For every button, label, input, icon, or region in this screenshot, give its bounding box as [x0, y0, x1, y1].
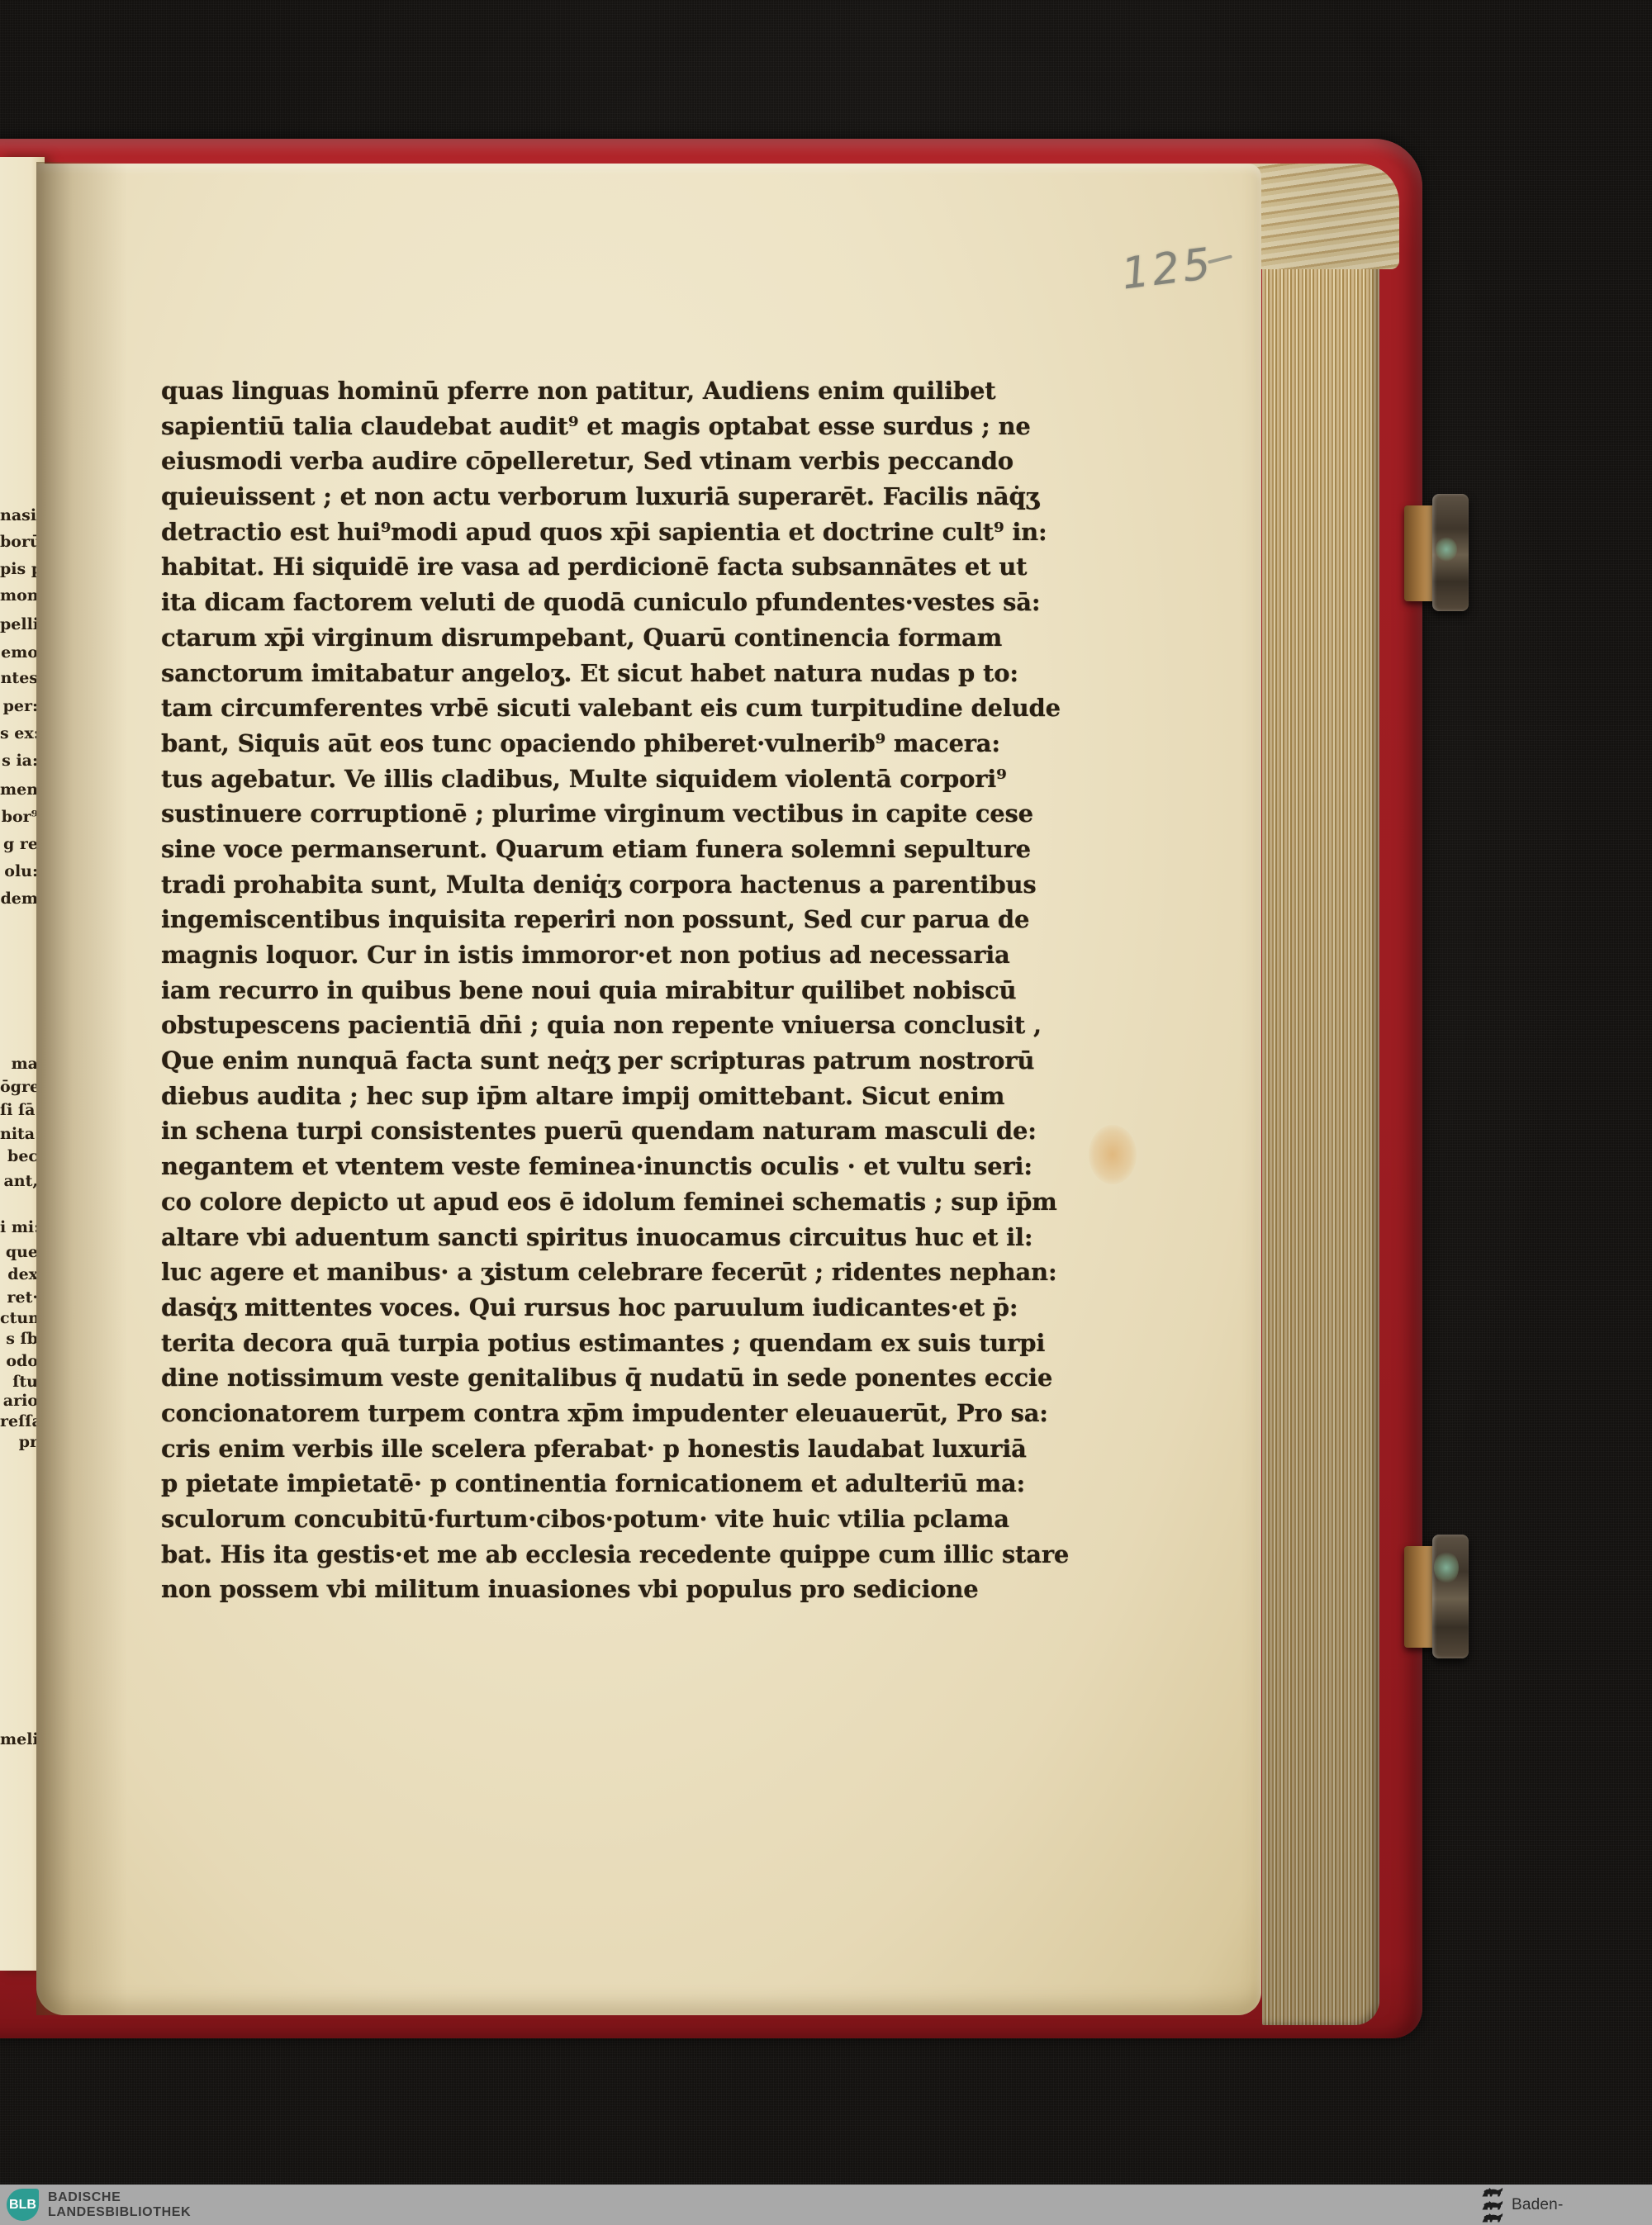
printed-text-line: co colore depicto ut apud eos ē idolum f…: [161, 1184, 946, 1220]
page-text-block: quas linguas hominū pferre non patitur, …: [161, 373, 946, 1607]
bw-wordmark: Baden-Württemberg: [1512, 2185, 1652, 2225]
printed-text-line: iam recurro in quibus bene noui quia mir…: [161, 973, 946, 1008]
strip-text-fragment: ret·: [0, 1289, 38, 1306]
printed-text-line: sustinuere corruptionē ; plurime virginu…: [161, 796, 946, 832]
printed-text-line: ita dicam factorem veluti de quodā cunic…: [161, 585, 946, 620]
printed-text-line: sculorum concubitū·furtum·cibos·potum· v…: [161, 1502, 946, 1537]
strip-text-fragment: emo: [0, 644, 38, 661]
printed-text-line: tradi prohabita sunt, Multa deniq̇ʒ corp…: [161, 867, 946, 903]
strip-text-fragment: dex: [0, 1266, 38, 1283]
verdigris-spot: [1434, 1551, 1459, 1584]
clasp-bottom: [1404, 1535, 1470, 1658]
strip-text-fragment: s ſb: [0, 1331, 38, 1347]
printed-text-line: ctarum xp̄i virginum disrumpebant, Quarū…: [161, 620, 946, 656]
strip-text-fragment: olu:: [0, 863, 38, 880]
strip-text-fragment: ſi ſā:: [0, 1102, 38, 1118]
printed-text-line: non possem vbi militum inuasiones vbi po…: [161, 1572, 946, 1607]
strip-text-fragment: moné: [0, 587, 38, 604]
printed-text-line: sapientiū talia claudebat audit⁹ et magi…: [161, 409, 946, 444]
strip-text-fragment: s ia:: [0, 752, 38, 769]
printed-text-line: bant, Siquis aūt eos tunc opaciendo phib…: [161, 726, 946, 761]
bw-lion-icon: [1480, 2213, 1505, 2223]
strip-text-fragment: ctum: [0, 1310, 38, 1326]
strip-text-fragment: ōgre: [0, 1079, 38, 1095]
printed-text-line: luc agere et manibus· a ʒistum celebrare…: [161, 1255, 946, 1290]
strip-text-fragment: melie: [0, 1731, 38, 1748]
printed-text-line: terita decora quā turpia potius estimant…: [161, 1326, 946, 1361]
printed-text-line: magnis loquor. Cur in istis immoror·et n…: [161, 937, 946, 973]
printed-text-line: quieuissent ; et non actu verborum luxur…: [161, 479, 946, 515]
digitized-book-photo: nasitborūpis pmonépelli:emontesper:s ex:…: [0, 0, 1652, 2225]
printed-text-line: in schena turpi consistentes puerū quend…: [161, 1113, 946, 1149]
fore-edge-page-stack: [1262, 168, 1379, 2025]
printed-text-line: sanctorum imitabatur angeloʒ. Et sicut h…: [161, 656, 946, 691]
printed-text-line: concionatorem turpem contra xp̄m impuden…: [161, 1396, 946, 1431]
strip-text-fragment: pelli:: [0, 616, 38, 633]
strip-text-fragment: dem: [0, 890, 38, 907]
strip-text-fragment: s ex:: [0, 725, 38, 742]
strip-text-fragment: borū: [0, 534, 38, 550]
printed-text-line: negantem et vtentem veste feminea·inunct…: [161, 1149, 946, 1184]
blb-logo-icon: BLB: [7, 2189, 39, 2221]
bw-lion-icon: [1480, 2187, 1505, 2198]
strip-text-fragment: que: [0, 1244, 38, 1260]
viewer-footer-bar: BLB BADISCHE LANDESBIBLIOTHEK Baden-Würt…: [0, 2185, 1652, 2225]
strip-text-fragment: ma: [0, 1056, 38, 1072]
strip-text-fragment: bec: [0, 1148, 38, 1165]
strip-text-fragment: ant,: [0, 1173, 38, 1189]
strip-text-fragment: g re: [0, 836, 38, 852]
strip-text-fragment: men:: [0, 781, 38, 798]
library-name-line1: BADISCHE: [48, 2190, 191, 2205]
printed-text-line: ingemiscentibus inquisita reperiri non p…: [161, 902, 946, 937]
strip-text-fragment: ario: [0, 1392, 38, 1409]
strip-text-fragment: ſtu: [0, 1373, 38, 1390]
verdigris-spot: [1436, 537, 1457, 562]
strip-text-fragment: pr: [0, 1434, 38, 1450]
bw-coat-of-arms-icon: [1480, 2187, 1505, 2223]
printed-text-line: bat. His ita gestis·et me ab ecclesia re…: [161, 1537, 946, 1573]
printed-text-line: eiusmodi verba audire cōpelleretur, Sed …: [161, 444, 946, 479]
blb-logo-abbr: BLB: [9, 2198, 36, 2213]
printed-text-line: quas linguas hominū pferre non patitur, …: [161, 373, 946, 409]
page-stain: [1089, 1125, 1137, 1184]
strip-text-fragment: ntes: [0, 670, 38, 686]
printed-text-line: Que enim nunquā facta sunt neq̇ʒ per scr…: [161, 1043, 946, 1079]
printed-text-line: obstupescens pacientiā dn̄i ; quia non r…: [161, 1008, 946, 1043]
library-name: BADISCHE LANDESBIBLIOTHEK: [48, 2190, 191, 2220]
printed-text-line: diebus audita ; hec sup ip̄m altare impi…: [161, 1079, 946, 1114]
strip-text-fragment: odo: [0, 1353, 38, 1369]
strip-text-fragment: nita:: [0, 1126, 38, 1142]
printed-text-line: tam circumferentes vrbē sicuti valebant …: [161, 690, 946, 726]
printed-text-line: tus agebatur. Ve illis cladibus, Multe s…: [161, 761, 946, 797]
printed-text-line: cris enim verbis ille scelera pferabat· …: [161, 1431, 946, 1467]
strip-text-fragment: i mi:: [0, 1219, 38, 1236]
printed-text-line: dine notissimum veste genitalibus q̄ nud…: [161, 1360, 946, 1396]
printed-text-line: habitat. Hi siquidē ire vasa ad perdicio…: [161, 549, 946, 585]
strip-text-fragment: nasit: [0, 507, 38, 524]
strip-text-fragment: pis p: [0, 561, 38, 577]
printed-text-line: altare vbi aduentum sancti spiritus inuo…: [161, 1220, 946, 1255]
strip-text-fragment: reſſa: [0, 1413, 38, 1430]
printed-text-line: sine voce permanserunt. Quarum etiam fun…: [161, 832, 946, 867]
strip-text-fragment: per:: [0, 698, 38, 714]
strip-text-fragment: bor⁹: [0, 809, 38, 825]
printed-text-line: p pietate impietatē· p continentia forni…: [161, 1466, 946, 1502]
printed-text-line: detractio est hui⁹modi apud quos xp̄i sa…: [161, 515, 946, 550]
library-name-line2: LANDESBIBLIOTHEK: [48, 2205, 191, 2220]
printed-text-line: dasq̇ʒ mittentes voces. Qui rursus hoc p…: [161, 1290, 946, 1326]
bw-lion-icon: [1480, 2200, 1505, 2211]
clasp-top: [1404, 494, 1470, 611]
